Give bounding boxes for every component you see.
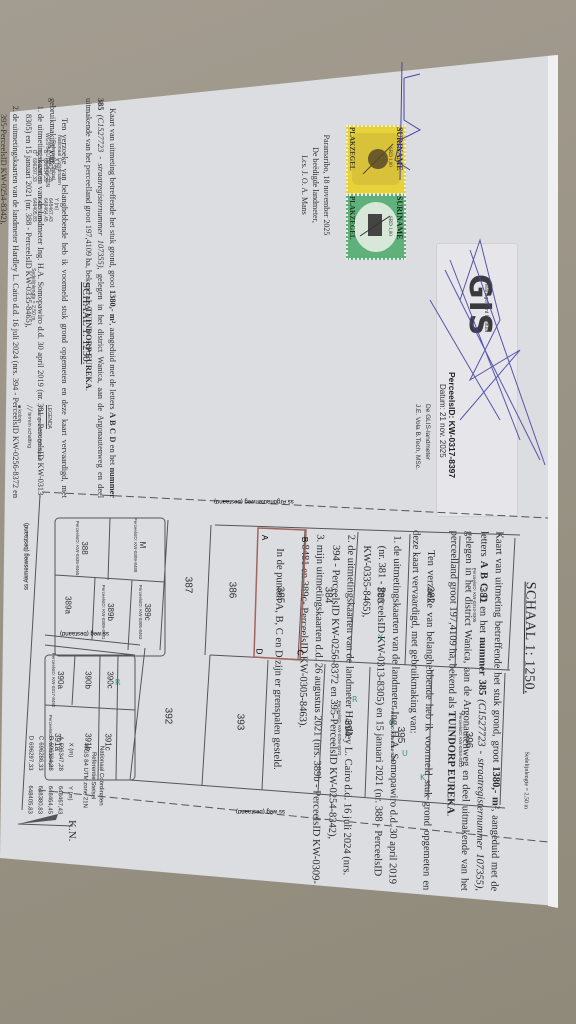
lot-number: 387 bbox=[183, 577, 194, 594]
corner-d: D bbox=[254, 649, 263, 655]
lot-number: 390b bbox=[84, 671, 93, 689]
lot-number: 385 bbox=[275, 587, 286, 604]
lot-label: 389cPerceelsID: KW-0305-8463 bbox=[138, 585, 152, 640]
lot-label: MPerceelsID: KW-0309-8488 bbox=[133, 518, 147, 573]
corner-c: C bbox=[295, 650, 304, 656]
lot-label: 388PerceelsID: KW-0335-8465 bbox=[75, 521, 89, 576]
lot-label: 390c bbox=[106, 671, 115, 688]
lot-number: 382 bbox=[425, 587, 436, 604]
svg-text:R: R bbox=[115, 678, 121, 687]
lot-number: M bbox=[138, 518, 147, 573]
lot-label: 395PerceelsID: KW-0254-8342 bbox=[390, 708, 406, 763]
corner-b: B bbox=[300, 537, 309, 542]
lot-perceel-id: PerceelsID: KW-0309-8488 bbox=[133, 518, 138, 573]
lot-number: 392 bbox=[163, 708, 174, 725]
lot-number: 391b bbox=[84, 733, 93, 751]
lot-number: 391c bbox=[104, 733, 113, 750]
lot-number: 383 bbox=[375, 587, 386, 604]
lot-perceel-id: PerceelsID: KW-0315-8501 bbox=[48, 715, 53, 770]
street-label-left: ss Akmesweg (bestaand) bbox=[24, 523, 30, 590]
lot-label: 384 bbox=[323, 587, 334, 604]
lot-label: 386 bbox=[227, 582, 238, 599]
lot-label: 383 bbox=[375, 587, 386, 604]
street-label-top: ss Argonautenweg (bestaand) bbox=[214, 498, 294, 504]
lot-label: 391aPerceelsID: KW-0315-8501 bbox=[48, 715, 62, 770]
lot-perceel-id: PerceelsID: KW-0253-8312 bbox=[458, 713, 463, 768]
lot-label: 390aPerceelsID: KW-0317-8492 bbox=[51, 653, 65, 708]
lot-label: 387 bbox=[183, 577, 194, 594]
document-photo-layer: SCHAAL 1: 1250. Sedelijnlengte = 2,50 m … bbox=[0, 0, 576, 1024]
street-label-bottom: ss weg (bestaand) bbox=[236, 808, 285, 814]
lot-number: 395 bbox=[395, 708, 406, 763]
corner-a: A bbox=[260, 535, 269, 540]
lot-number: 396 bbox=[463, 713, 474, 768]
lot-number: 390c bbox=[106, 671, 115, 688]
lot-number: 389c bbox=[143, 585, 152, 640]
lot-label: 396PerceelsID: KW-0253-8312 bbox=[458, 713, 474, 768]
lot-number: 391a bbox=[53, 715, 62, 770]
svg-text:K: K bbox=[420, 773, 426, 782]
svg-text:Y: Y bbox=[377, 633, 383, 642]
lot-label: 385 bbox=[275, 587, 286, 604]
lot-number: 384 bbox=[323, 587, 334, 604]
cadastral-map-drawing: YRR UKR bbox=[0, 0, 576, 1024]
street-label-inner: ss weg (bestaand) bbox=[60, 630, 109, 636]
lot-label: 394PerceelsID: KW-0256-8372 bbox=[337, 701, 353, 756]
lot-number: 393 bbox=[235, 714, 246, 731]
lot-number: 394 bbox=[342, 701, 353, 756]
lot-label: 393 bbox=[235, 714, 246, 731]
lot-number: 386 bbox=[227, 582, 238, 599]
lot-perceel-id: PerceelsID: KW-0335-8465 bbox=[75, 521, 80, 576]
lot-label: 391b bbox=[84, 733, 93, 751]
lot-perceel-id: PerceelsID: KW-0317-8492 bbox=[51, 653, 56, 708]
lot-perceel-id: PerceelsID: KW-0254-8342 bbox=[390, 708, 395, 763]
lot-label: 390b bbox=[84, 671, 93, 689]
lot-label: 381PerceelsID: KW-0313-8305 bbox=[472, 568, 488, 623]
lot-label: 382 bbox=[425, 587, 436, 604]
lot-number: 381 bbox=[477, 568, 488, 623]
lot-label: 389a bbox=[64, 596, 73, 614]
lot-number: 388 bbox=[80, 521, 89, 576]
lot-number: 389a bbox=[64, 596, 73, 614]
lot-label: 392 bbox=[163, 708, 174, 725]
lot-perceel-id: PerceelsID: KW-0313-8305 bbox=[472, 568, 477, 623]
lot-perceel-id: PerceelsID: KW-0305-8463 bbox=[138, 585, 143, 640]
lot-label: 391c bbox=[104, 733, 113, 750]
lot-perceel-id: PerceelsID: KW-0256-8372 bbox=[337, 701, 342, 756]
lot-number: 390a bbox=[56, 653, 65, 708]
